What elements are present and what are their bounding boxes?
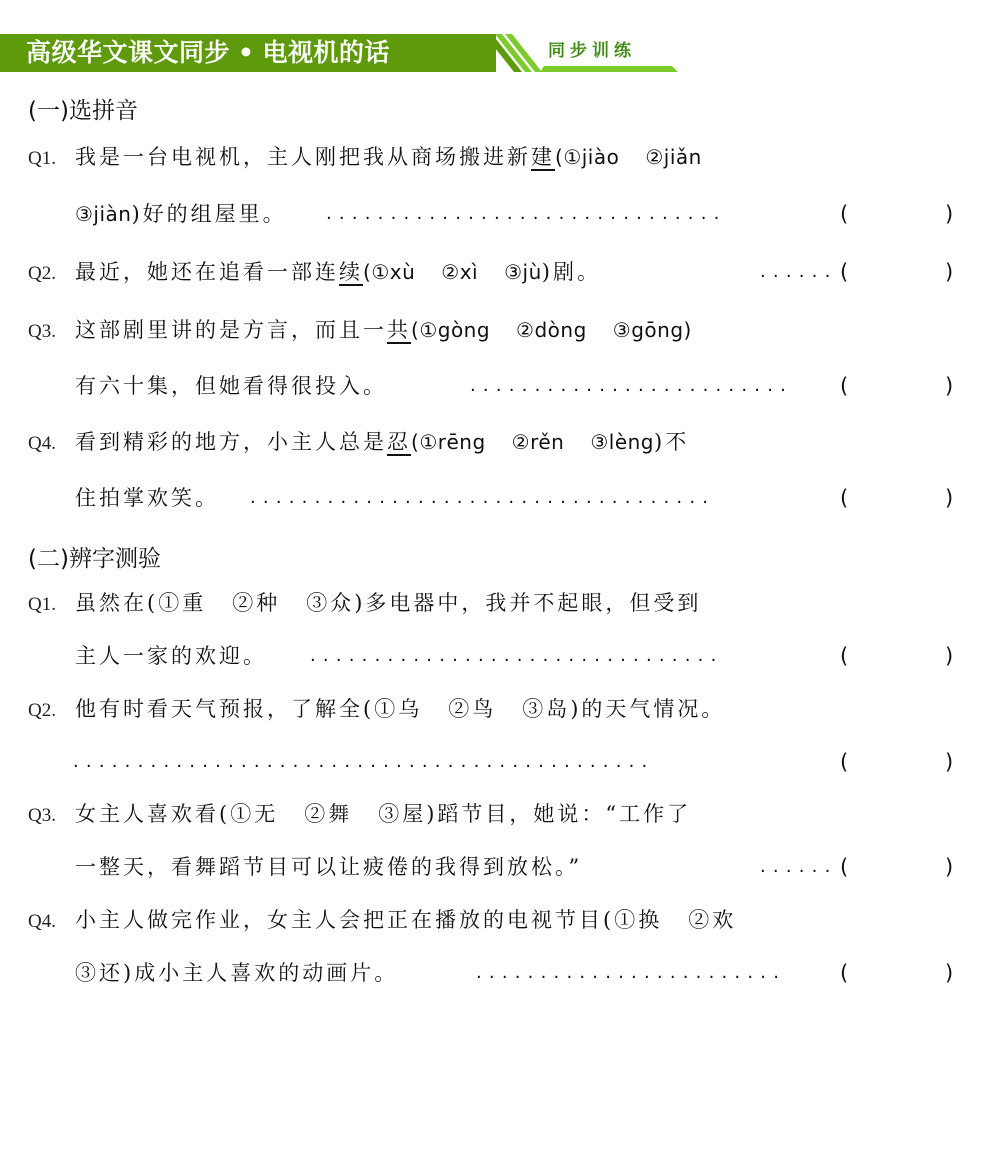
book-title: 高级华文课文同步 — [26, 38, 230, 67]
option-3[interactable]: ③jiàn — [75, 202, 131, 226]
question-text: )的天气情况。 — [570, 697, 725, 721]
title-band: 高级华文课文同步•电视机的话 — [0, 34, 496, 72]
question-text: )多电器中，我并不起眼，但受到 — [354, 591, 701, 615]
option-3[interactable]: ③屋 — [378, 802, 426, 826]
option-1[interactable]: ①rēng — [419, 430, 485, 454]
question-number: Q2. — [28, 258, 75, 290]
option-1[interactable]: ①重 — [158, 591, 206, 615]
question-text: 住拍掌欢笑。 — [75, 486, 219, 510]
target-character: 建 — [531, 145, 555, 169]
question-text: 女主人喜欢看( — [75, 802, 230, 826]
question-text: 有六十集，但她看得很投入。 — [75, 374, 387, 398]
question-line: Q3.女主人喜欢看(①无②舞③屋)蹈节目，她说：“工作了 — [28, 798, 990, 830]
option-3[interactable]: ③众 — [306, 591, 354, 615]
lesson-title: 电视机的话 — [263, 38, 391, 67]
page-header: 高级华文课文同步•电视机的话 同步训练 — [0, 34, 700, 72]
question-line: ③还)成小主人喜欢的动画片。 ........................ … — [28, 957, 990, 989]
target-character: 续 — [339, 260, 363, 284]
option-1[interactable]: ①无 — [230, 802, 278, 826]
question-line: ③jiàn)好的组屋里。 ...........................… — [28, 198, 990, 230]
question-text: 他有时看天气预报，了解全( — [75, 697, 374, 721]
leader-dots: .................................... — [250, 482, 715, 514]
question-text: )好的组屋里。 — [131, 202, 286, 226]
question-line: Q1.虽然在(①重②种③众)多电器中，我并不起眼，但受到 — [28, 587, 990, 619]
question-line: Q1.我是一台电视机，主人刚把我从商场搬进新建(①jiào②jiǎn — [28, 141, 990, 173]
option-2[interactable]: ②dòng — [516, 318, 587, 342]
question-line: 一整天，看舞蹈节目可以让疲倦的我得到放松。” ...... () — [28, 851, 990, 883]
option-3[interactable]: ③岛 — [522, 697, 570, 721]
question-number: Q1. — [28, 589, 75, 621]
option-1[interactable]: ①乌 — [374, 697, 422, 721]
question-text: )成小主人喜欢的动画片。 — [123, 961, 398, 985]
question-number: Q4. — [28, 428, 75, 460]
leader-dots: ........................ — [476, 957, 786, 989]
question-text: )不 — [654, 430, 689, 454]
question-line: Q2.最近，她还在追看一部连续(①xù②xì③jù)剧。 ...... () — [28, 256, 990, 288]
option-2[interactable]: ②种 — [232, 591, 280, 615]
question-line: Q3.这部剧里讲的是方言，而且一共(①gòng②dòng③gōng) — [28, 314, 990, 346]
leader-dots: ...... — [760, 851, 838, 883]
option-3[interactable]: ③gōng — [613, 318, 684, 342]
option-1[interactable]: ①换 — [614, 908, 662, 932]
question-line: Q4.小主人做完作业，女主人会把正在播放的电视节目(①换②欢 — [28, 904, 990, 936]
question-text: 小主人做完作业，女主人会把正在播放的电视节目( — [75, 908, 614, 932]
question-text: 看到精彩的地方，小主人总是 — [75, 430, 387, 454]
question-line: 有六十集，但她看得很投入。 ......................... … — [28, 370, 990, 402]
question-text: 这部剧里讲的是方言，而且一 — [75, 318, 387, 342]
question-line: ........................................… — [28, 746, 990, 778]
option-2[interactable]: ②jiǎn — [645, 145, 701, 169]
question-line: Q4.看到精彩的地方，小主人总是忍(①rēng②rěn③lèng)不 — [28, 426, 990, 458]
option-2[interactable]: ②舞 — [304, 802, 352, 826]
option-2[interactable]: ②鸟 — [448, 697, 496, 721]
question-number: Q1. — [28, 143, 75, 175]
sync-practice-badge: 同步训练 — [548, 36, 636, 61]
question-line: 住拍掌欢笑。 .................................… — [28, 482, 990, 514]
leader-dots: ...... — [760, 256, 838, 288]
option-1[interactable]: ①xù — [371, 260, 415, 284]
question-number: Q3. — [28, 800, 75, 832]
leader-dots: ............................... — [326, 198, 727, 230]
section-title-pinyin: (一)选拼音 — [28, 92, 138, 125]
option-3[interactable]: ③lèng — [590, 430, 654, 454]
option-2[interactable]: ②xì — [441, 260, 478, 284]
option-3[interactable]: ③还 — [75, 961, 123, 985]
badge-underline — [540, 66, 678, 72]
question-text: 一整天，看舞蹈节目可以让疲倦的我得到放松。” — [75, 855, 582, 879]
question-text: 我是一台电视机，主人刚把我从商场搬进新 — [75, 145, 531, 169]
title-separator: • — [238, 34, 254, 72]
option-3[interactable]: ③jù — [504, 260, 542, 284]
option-2[interactable]: ②rěn — [512, 430, 565, 454]
question-number: Q2. — [28, 695, 75, 727]
question-line: Q2.他有时看天气预报，了解全(①乌②鸟③岛)的天气情况。 — [28, 693, 990, 725]
target-character: 共 — [387, 318, 411, 342]
leader-dots: ........................................… — [73, 746, 654, 778]
option-2[interactable]: ②欢 — [688, 908, 736, 932]
option-1[interactable]: ①gòng — [419, 318, 490, 342]
section-title-character-test: (二)辨字测验 — [28, 540, 161, 573]
target-character: 忍 — [387, 430, 411, 454]
question-number: Q3. — [28, 316, 75, 348]
leader-dots: ................................ — [310, 640, 724, 672]
question-number: Q4. — [28, 906, 75, 938]
question-line: 主人一家的欢迎。 ...............................… — [28, 640, 990, 672]
decorative-stripes-icon — [484, 34, 544, 72]
question-text: )剧。 — [542, 260, 601, 284]
question-text: )蹈节目，她说：“工作了 — [426, 802, 691, 826]
question-text: 虽然在( — [75, 591, 158, 615]
option-1[interactable]: ①jiào — [563, 145, 619, 169]
question-text: 主人一家的欢迎。 — [75, 644, 267, 668]
leader-dots: ......................... — [470, 370, 793, 402]
question-text: 最近，她还在追看一部连 — [75, 260, 339, 284]
